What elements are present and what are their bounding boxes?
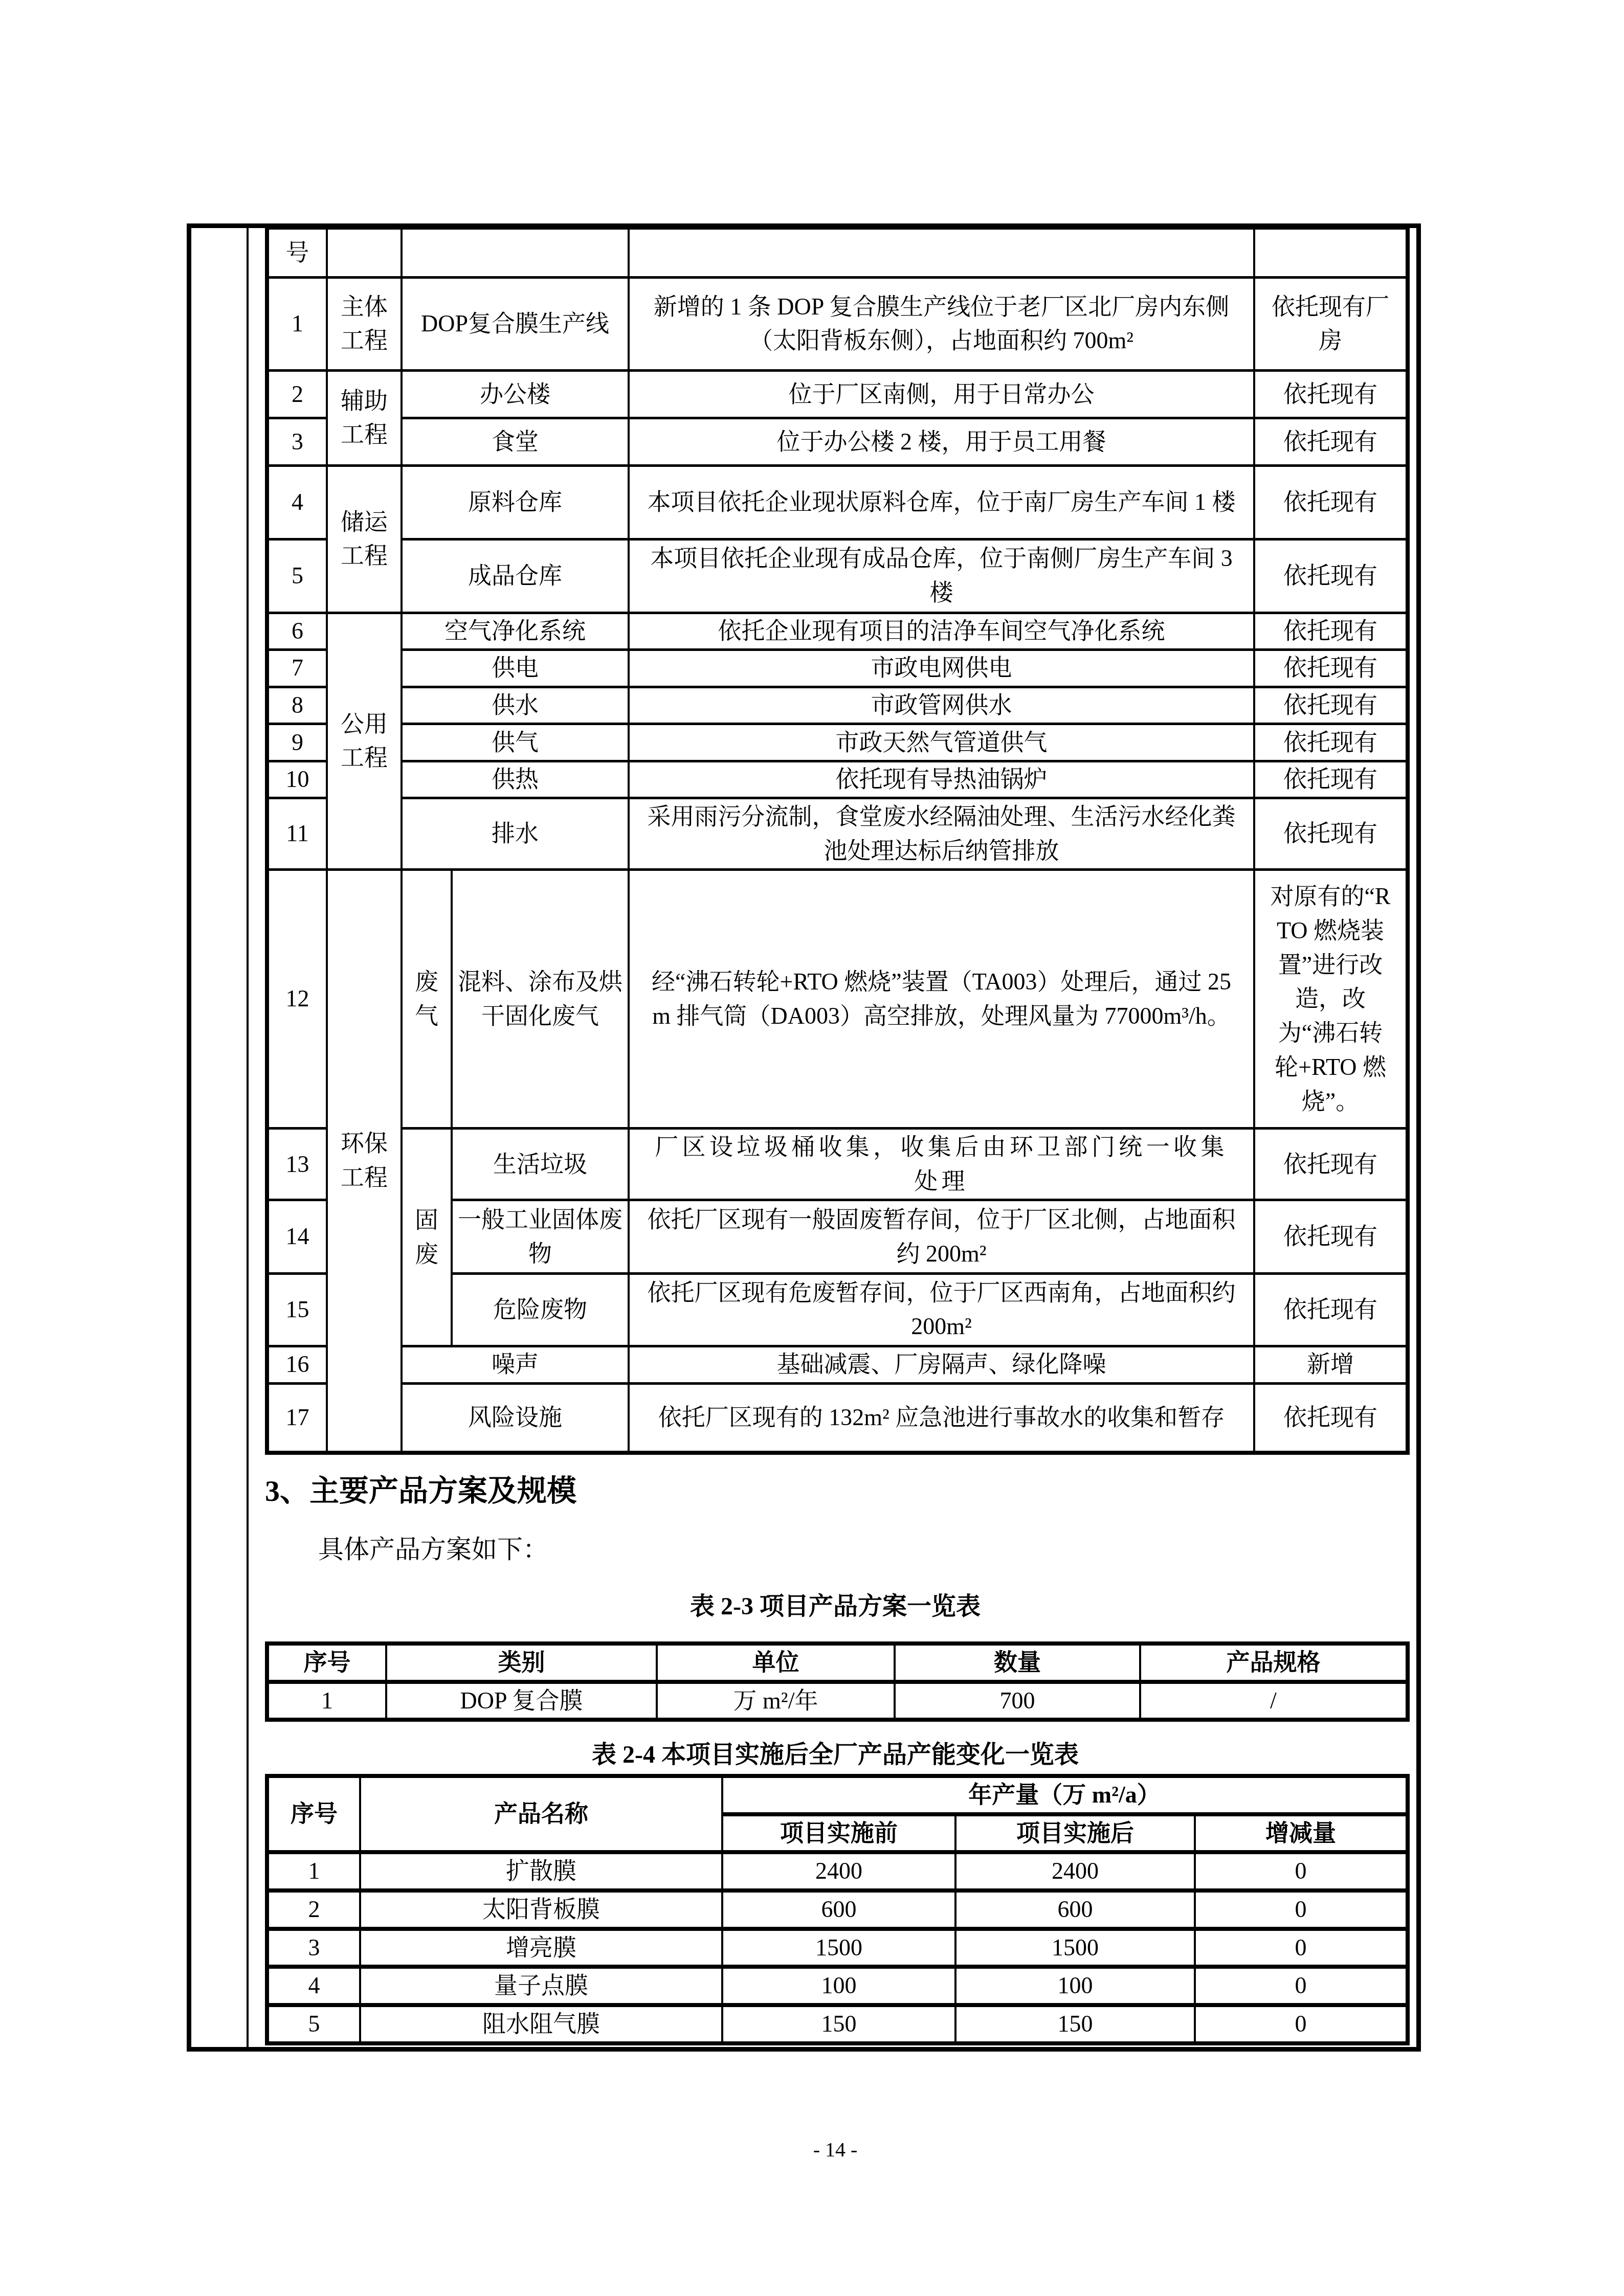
- table-row: 9 供气 市政天然气管道供气 依托现有: [267, 724, 1408, 761]
- t1-r17-no: 17: [267, 1383, 327, 1453]
- t1-r5-content: 本项目依托企业现有成品仓库，位于南侧厂房生产车间 3 楼: [629, 539, 1254, 613]
- table-row: 13 固废 生活垃圾 厂区设垃圾桶收集，收集后由环卫部门统一收集处理 依托现有: [267, 1129, 1408, 1200]
- table-row: 12 环保工程 废气 混料、涂布及烘干固化废气 经“沸石转轮+RTO 燃烧”装置…: [267, 870, 1408, 1129]
- t23-row-qty: 700: [895, 1682, 1140, 1720]
- t24-r3-delta: 0: [1195, 1929, 1408, 1967]
- t1-r7-content: 市政电网供电: [629, 650, 1254, 687]
- t24-r2-no: 2: [267, 1890, 360, 1929]
- t1-r11-no: 11: [267, 798, 327, 870]
- t1-r10-no: 10: [267, 761, 327, 798]
- t1-r1-content: 新增的 1 条 DOP 复合膜生产线位于老厂区北厂房内东侧（太阳背板东侧），占地…: [629, 277, 1254, 370]
- t1-r5-remark: 依托现有: [1254, 539, 1408, 613]
- t1-header-no: 号: [267, 228, 327, 277]
- capacity-change-table: 序号 产品名称 年产量（万 m²/a） 项目实施前 项目实施后 增减量 1 扩散…: [265, 1774, 1410, 2045]
- t1-r6-item: 空气净化系统: [402, 613, 629, 650]
- table-2-3-title: 表 2-3 项目产品方案一览表: [265, 1586, 1406, 1622]
- table-row: 8 供水 市政管网供水 依托现有: [267, 687, 1408, 724]
- t1-r15-content: 依托厂区现有危废暂存间，位于厂区西南角，占地面积约 200m²: [629, 1274, 1254, 1346]
- t1-r3-no: 3: [267, 418, 327, 465]
- t1-r9-no: 9: [267, 724, 327, 761]
- t1-r11-content: 采用雨污分流制，食堂废水经隔油处理、生活污水经化粪池处理达标后纳管排放: [629, 798, 1254, 870]
- t1-r8-content: 市政管网供水: [629, 687, 1254, 724]
- t24-r4-after: 100: [955, 1967, 1195, 2005]
- t24-r4-no: 4: [267, 1967, 360, 2005]
- t1-r9-content: 市政天然气管道供气: [629, 724, 1254, 761]
- t1-r5-no: 5: [267, 539, 327, 613]
- t1-r2-item: 办公楼: [402, 370, 629, 418]
- t24-subheader-after: 项目实施后: [955, 1814, 1195, 1853]
- t1-r4-no: 4: [267, 466, 327, 539]
- table-row: 17 风险设施 依托厂区现有的 132m² 应急池进行事故水的收集和暂存 依托现…: [267, 1383, 1408, 1453]
- t1-r2-no: 2: [267, 370, 327, 418]
- t1-r14-no: 14: [267, 1200, 327, 1274]
- t1-r3-remark: 依托现有: [1254, 418, 1408, 465]
- t1-r6-content: 依托企业现有项目的洁净车间空气净化系统: [629, 613, 1254, 650]
- t1-r12-no: 12: [267, 870, 327, 1129]
- t23-row-spec: /: [1140, 1682, 1408, 1720]
- t1-r5-item: 成品仓库: [402, 539, 629, 613]
- t24-r5-no: 5: [267, 2005, 360, 2043]
- t1-r8-item: 供水: [402, 687, 629, 724]
- t1-r7-no: 7: [267, 650, 327, 687]
- t24-r5-delta: 0: [1195, 2005, 1408, 2043]
- t1-r4-cat: 储运工程: [327, 466, 402, 613]
- t1-header-empty-content: [629, 228, 1254, 277]
- table-row: 6 公用工程 空气净化系统 依托企业现有项目的洁净车间空气净化系统 依托现有: [267, 613, 1408, 650]
- t24-r2-delta: 0: [1195, 1890, 1408, 1929]
- t1-r6-no: 6: [267, 613, 327, 650]
- table-row: 5 成品仓库 本项目依托企业现有成品仓库，位于南侧厂房生产车间 3 楼 依托现有: [267, 539, 1408, 613]
- t1-r2-cat: 辅助工程: [327, 370, 402, 465]
- t1-r8-remark: 依托现有: [1254, 687, 1408, 724]
- table-row: 4 量子点膜 100 100 0: [267, 1967, 1408, 2005]
- table-row: 16 噪声 基础减震、厂房隔声、绿化降噪 新增: [267, 1346, 1408, 1383]
- table-row: 10 供热 依托现有导热油锅炉 依托现有: [267, 761, 1408, 798]
- t24-r1-after: 2400: [955, 1852, 1195, 1890]
- t23-header-spec: 产品规格: [1140, 1644, 1408, 1682]
- t1-r9-remark: 依托现有: [1254, 724, 1408, 761]
- t1-r11-remark: 依托现有: [1254, 798, 1408, 870]
- table-row: 3 增亮膜 1500 1500 0: [267, 1929, 1408, 1967]
- t1-r7-item: 供电: [402, 650, 629, 687]
- t24-r3-after: 1500: [955, 1929, 1195, 1967]
- t1-r7-remark: 依托现有: [1254, 650, 1408, 687]
- t1-r1-cat: 主体工程: [327, 277, 402, 370]
- t1-r6-remark: 依托现有: [1254, 613, 1408, 650]
- t1-r17-remark: 依托现有: [1254, 1383, 1408, 1453]
- t1-r10-item: 供热: [402, 761, 629, 798]
- product-plan-table: 序号 类别 单位 数量 产品规格 1 DOP 复合膜 万 m²/年 700 /: [265, 1641, 1410, 1722]
- t1-r17-item: 风险设施: [402, 1383, 629, 1453]
- t1-r4-item: 原料仓库: [402, 466, 629, 539]
- t24-header-no: 序号: [267, 1776, 360, 1852]
- t24-r5-before: 150: [722, 2005, 955, 2043]
- t1-r12-remark: 对原有的“RTO 燃烧装置”进行改造，改为“沸石转轮+RTO 燃烧”。: [1254, 870, 1408, 1129]
- table-row: 2 太阳背板膜 600 600 0: [267, 1890, 1408, 1929]
- table-row: 7 供电 市政电网供电 依托现有: [267, 650, 1408, 687]
- t1-r15-no: 15: [267, 1274, 327, 1346]
- section-heading: 3、主要产品方案及规模: [265, 1467, 576, 1510]
- t1-r15-item: 危险废物: [452, 1274, 629, 1346]
- t1-header-empty-item: [402, 228, 629, 277]
- t1-r2-remark: 依托现有: [1254, 370, 1408, 418]
- t24-r5-after: 150: [955, 2005, 1195, 2043]
- t1-r13-item: 生活垃圾: [452, 1129, 629, 1200]
- t1-r14-item: 一般工业固体废物: [452, 1200, 629, 1274]
- t1-r8-no: 8: [267, 687, 327, 724]
- table-row: 1 扩散膜 2400 2400 0: [267, 1852, 1408, 1890]
- t24-r4-delta: 0: [1195, 1967, 1408, 2005]
- t1-r14-content: 依托厂区现有一般固废暂存间，位于厂区北侧，占地面积约 200m²: [629, 1200, 1254, 1274]
- t24-r2-before: 600: [722, 1890, 955, 1929]
- t23-row-no: 1: [267, 1682, 386, 1720]
- t23-header-qty: 数量: [895, 1644, 1140, 1682]
- t23-header-unit: 单位: [657, 1644, 895, 1682]
- t1-r12-item: 混料、涂布及烘干固化废气: [452, 870, 629, 1129]
- t24-r1-name: 扩散膜: [360, 1852, 722, 1890]
- t24-r3-no: 3: [267, 1929, 360, 1967]
- t1-r14-remark: 依托现有: [1254, 1200, 1408, 1274]
- construction-contents-table: 号 1 主体工程 DOP复合膜生产线 新增的 1 条 DOP 复合膜生产线位于老…: [265, 226, 1410, 1455]
- t1-r13-content: 厂区设垃圾桶收集，收集后由环卫部门统一收集处理: [629, 1129, 1254, 1200]
- table-header-row: 序号 产品名称 年产量（万 m²/a）: [267, 1776, 1408, 1814]
- table-row: 1 DOP 复合膜 万 m²/年 700 /: [267, 1682, 1408, 1720]
- t24-subheader-delta: 增减量: [1195, 1814, 1408, 1853]
- t1-r4-remark: 依托现有: [1254, 466, 1408, 539]
- t24-r3-name: 增亮膜: [360, 1929, 722, 1967]
- t24-r2-after: 600: [955, 1890, 1195, 1929]
- t24-subheader-before: 项目实施前: [722, 1814, 955, 1853]
- t23-header-type: 类别: [386, 1644, 657, 1682]
- t1-r3-content: 位于办公楼 2 楼，用于员工用餐: [629, 418, 1254, 465]
- t1-r12-content: 经“沸石转轮+RTO 燃烧”装置（TA003）处理后，通过 25m 排气筒（DA…: [629, 870, 1254, 1129]
- table-row: 号: [267, 228, 1408, 277]
- t1-r12-cat: 环保工程: [327, 870, 402, 1453]
- table-2-4-title: 表 2-4 本项目实施后全厂产品产能变化一览表: [265, 1735, 1406, 1770]
- t24-r3-before: 1500: [722, 1929, 955, 1967]
- t23-row-type: DOP 复合膜: [386, 1682, 657, 1720]
- t1-r16-no: 16: [267, 1346, 327, 1383]
- left-rule-line: [247, 223, 249, 2052]
- table-row: 5 阻水阻气膜 150 150 0: [267, 2005, 1408, 2043]
- table-row: 3 食堂 位于办公楼 2 楼，用于员工用餐 依托现有: [267, 418, 1408, 465]
- t23-header-no: 序号: [267, 1644, 386, 1682]
- t1-r4-content: 本项目依托企业现状原料仓库，位于南厂房生产车间 1 楼: [629, 466, 1254, 539]
- t1-r6-cat: 公用工程: [327, 613, 402, 870]
- t24-r1-no: 1: [267, 1852, 360, 1890]
- t1-r10-content: 依托现有导热油锅炉: [629, 761, 1254, 798]
- t1-r1-no: 1: [267, 277, 327, 370]
- table-row: 2 辅助工程 办公楼 位于厂区南侧，用于日常办公 依托现有: [267, 370, 1408, 418]
- t1-r15-remark: 依托现有: [1254, 1274, 1408, 1346]
- t1-r13-no: 13: [267, 1129, 327, 1200]
- table-row: 1 主体工程 DOP复合膜生产线 新增的 1 条 DOP 复合膜生产线位于老厂区…: [267, 277, 1408, 370]
- t1-r12-sub: 废气: [402, 870, 452, 1129]
- t24-r4-before: 100: [722, 1967, 955, 2005]
- t24-r1-delta: 0: [1195, 1852, 1408, 1890]
- paragraph-lead-in: 具体产品方案如下：: [318, 1529, 548, 1566]
- t24-r2-name: 太阳背板膜: [360, 1890, 722, 1929]
- t24-r4-name: 量子点膜: [360, 1967, 722, 2005]
- t23-row-unit: 万 m²/年: [657, 1682, 895, 1720]
- t1-header-empty-cat: [327, 228, 402, 277]
- table-row: 11 排水 采用雨污分流制，食堂废水经隔油处理、生活污水经化粪池处理达标后纳管排…: [267, 798, 1408, 870]
- t1-header-empty-remark: [1254, 228, 1408, 277]
- t1-r17-content: 依托厂区现有的 132m² 应急池进行事故水的收集和暂存: [629, 1383, 1254, 1453]
- t1-r1-item: DOP复合膜生产线: [402, 277, 629, 370]
- t1-r3-item: 食堂: [402, 418, 629, 465]
- t1-r10-remark: 依托现有: [1254, 761, 1408, 798]
- t1-r9-item: 供气: [402, 724, 629, 761]
- t1-r2-content: 位于厂区南侧，用于日常办公: [629, 370, 1254, 418]
- t1-r1-remark: 依托现有厂房: [1254, 277, 1408, 370]
- page-number: - 14 -: [265, 2137, 1406, 2162]
- table-row: 4 储运工程 原料仓库 本项目依托企业现状原料仓库，位于南厂房生产车间 1 楼 …: [267, 466, 1408, 539]
- t1-r16-content: 基础减震、厂房隔声、绿化降噪: [629, 1346, 1254, 1383]
- t1-r11-item: 排水: [402, 798, 629, 870]
- t24-header-output: 年产量（万 m²/a）: [722, 1776, 1408, 1814]
- t24-header-name: 产品名称: [360, 1776, 722, 1852]
- t24-r1-before: 2400: [722, 1852, 955, 1890]
- t1-r13-remark: 依托现有: [1254, 1129, 1408, 1200]
- t1-r13-sub: 固废: [402, 1129, 452, 1346]
- t1-r16-remark: 新增: [1254, 1346, 1408, 1383]
- t24-r5-name: 阻水阻气膜: [360, 2005, 722, 2043]
- table-header-row: 序号 类别 单位 数量 产品规格: [267, 1644, 1408, 1682]
- t1-r16-item: 噪声: [402, 1346, 629, 1383]
